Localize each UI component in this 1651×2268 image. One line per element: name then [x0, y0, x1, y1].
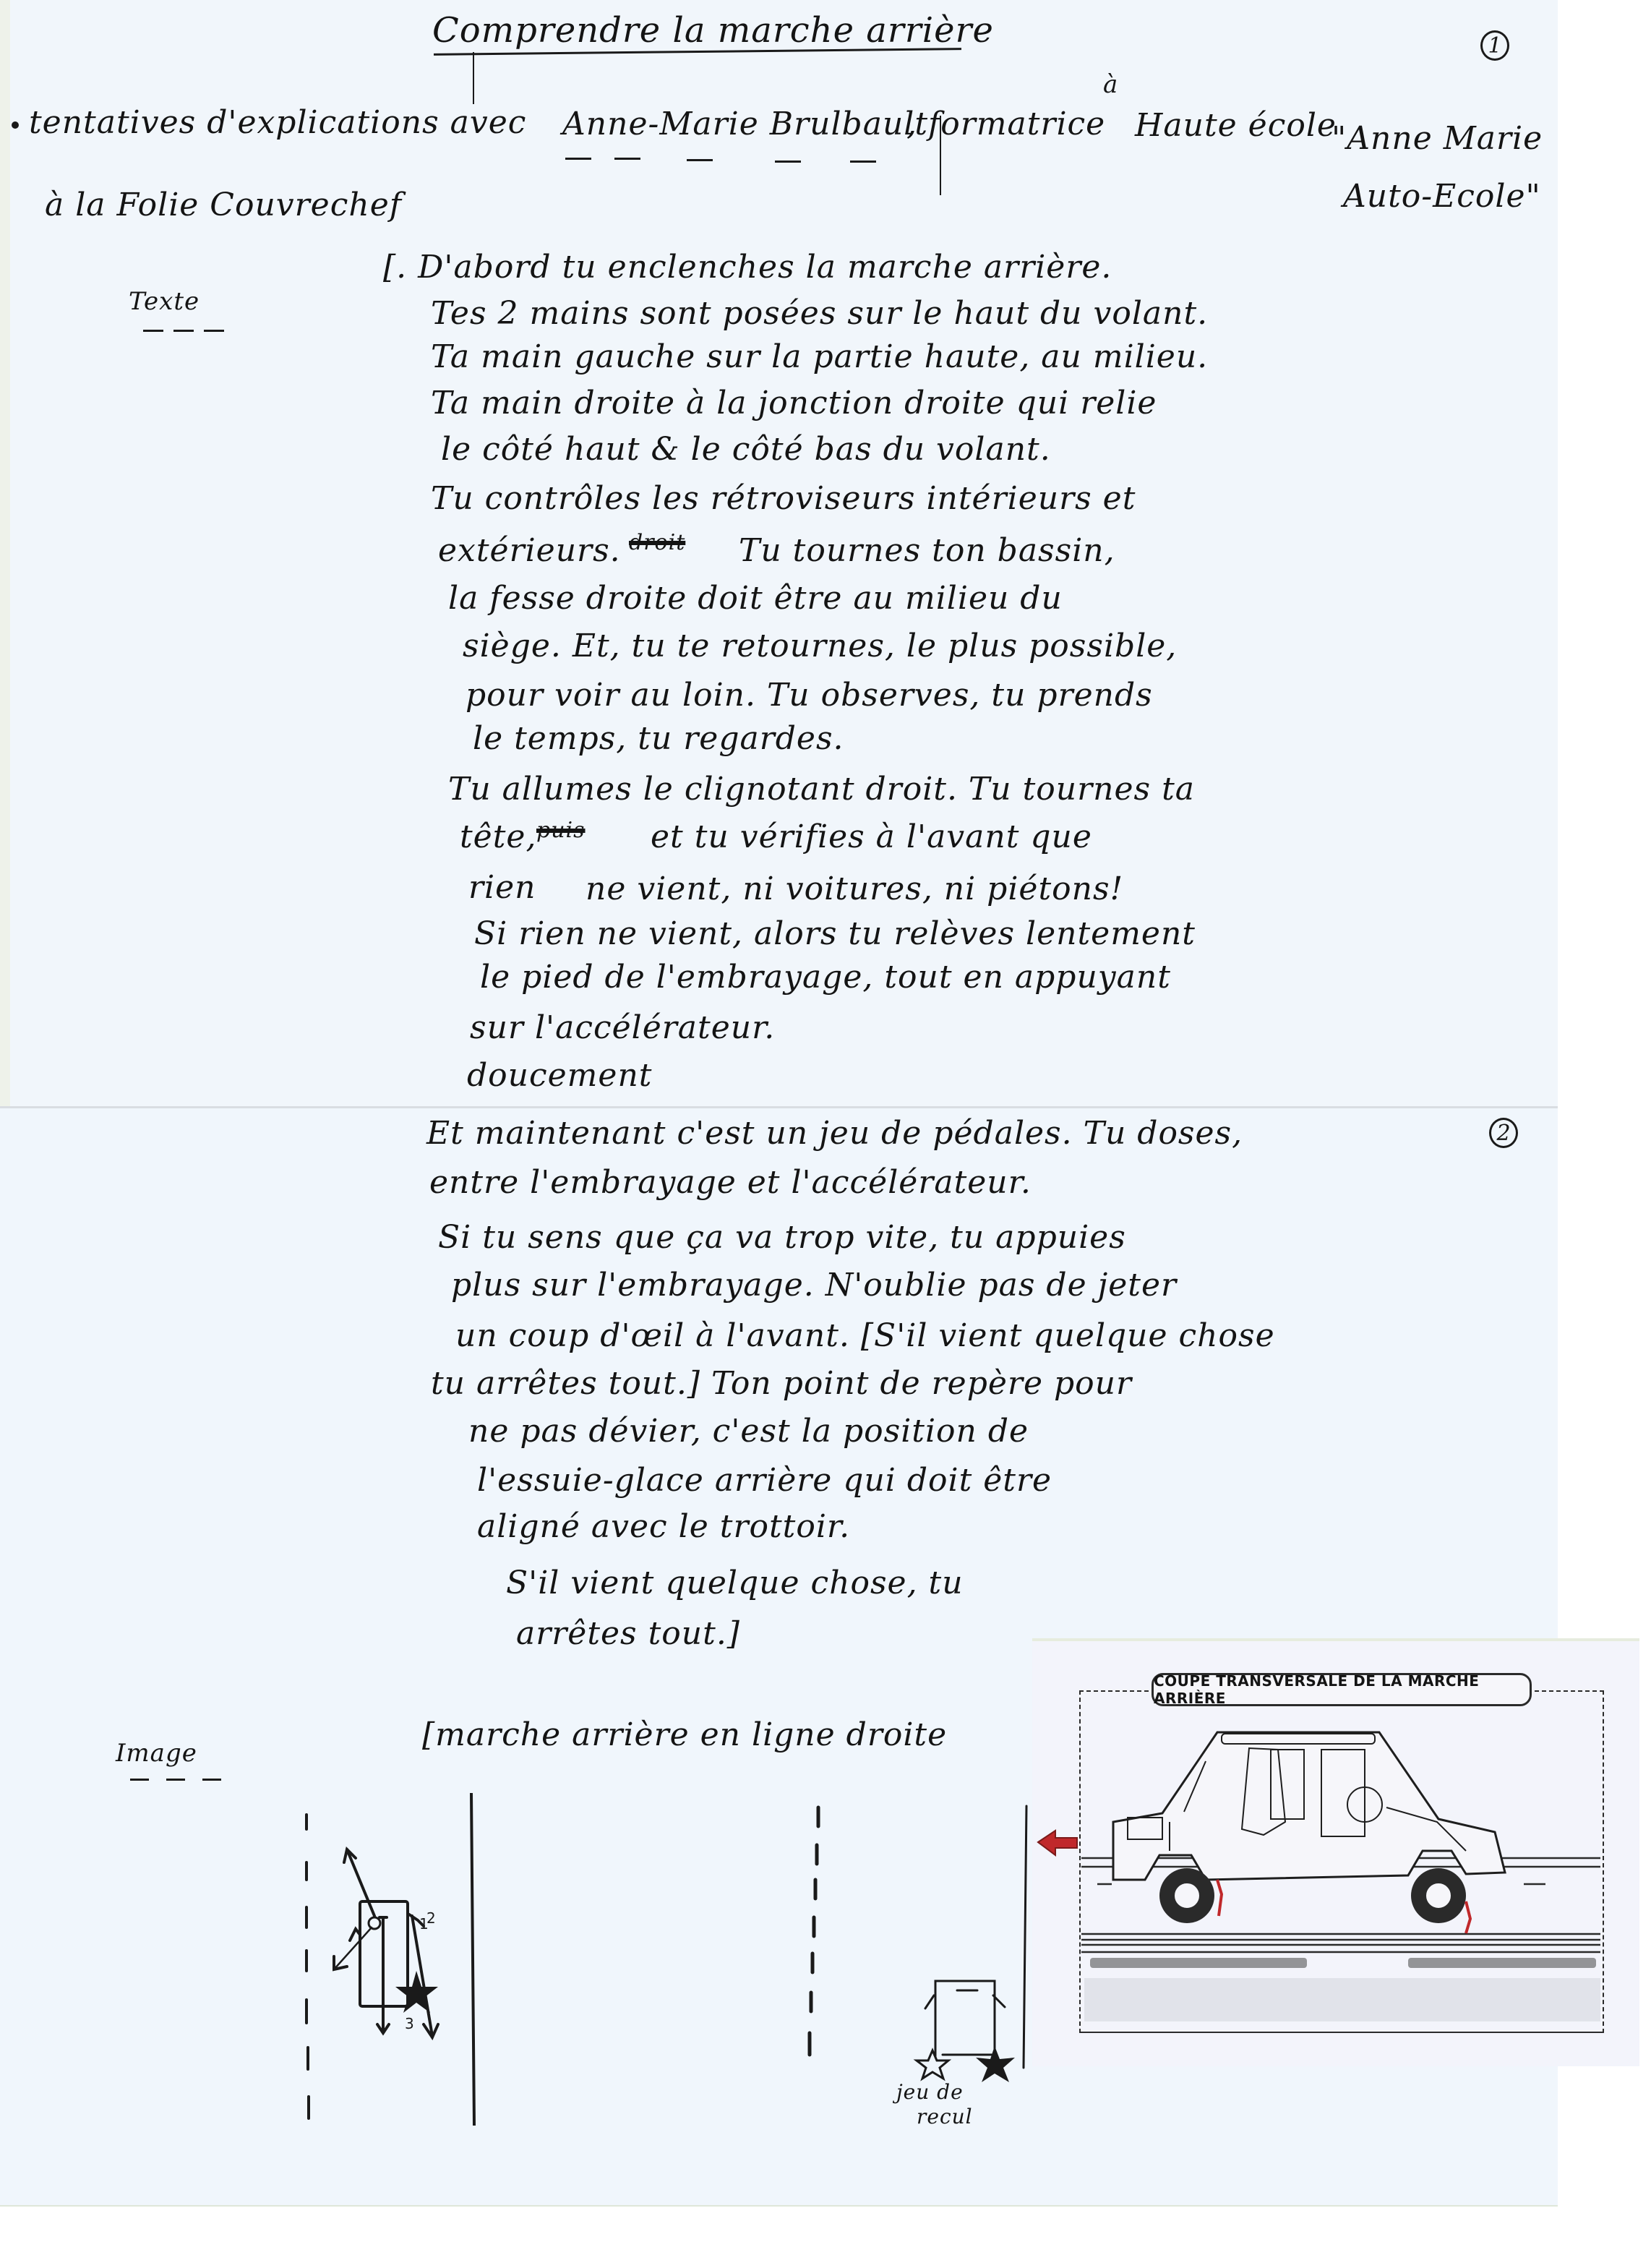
title-connector-line — [473, 52, 474, 104]
text2-line: l'essuie-glace arrière qui doit être — [477, 1465, 1052, 1497]
text1-line: ne vient, ni voitures, ni piétons! — [586, 873, 1123, 905]
page-title: Comprendre la marche arrière — [432, 13, 994, 48]
name-dash — [775, 161, 801, 163]
text1-line: le temps, tu regardes. — [473, 723, 844, 755]
text1-line: Tu tournes ton bassin, — [739, 535, 1115, 567]
text1-line: Si rien ne vient, alors tu relèves lente… — [474, 918, 1196, 950]
text1-line: [. D'abord tu enclenches la marche arriè… — [383, 252, 1112, 283]
label-dash — [202, 1779, 221, 1781]
text2-line: tu arrêtes tout.] Ton point de repère po… — [431, 1368, 1132, 1400]
text1-line: rien — [468, 872, 536, 904]
text1-line: sur l'accélérateur. — [470, 1012, 775, 1044]
reverse-path-diagram: 1 2 3 — [275, 1793, 506, 2126]
school-name-line2: Auto-Ecole" — [1343, 181, 1541, 213]
play-label-line2: recul — [917, 2107, 973, 2127]
name-dash — [614, 158, 640, 160]
bullet-dot — [12, 121, 19, 129]
text2-line: un coup d'œil à l'avant. [S'il vient que… — [455, 1320, 1275, 1352]
text2-line: S'il vient quelque chose, tu — [506, 1567, 964, 1599]
straight-reverse-diagram — [795, 1786, 1041, 2191]
label-dash — [166, 1779, 185, 1781]
insertion-mark: à — [1103, 72, 1118, 97]
name-dash — [850, 161, 876, 163]
image-label: Image — [116, 1741, 197, 1766]
label-dash — [130, 1779, 149, 1781]
text2-line: ne pas dévier, c'est la position de — [468, 1416, 1029, 1447]
label-dash — [173, 330, 194, 332]
name-dash — [565, 158, 591, 160]
text1-line: Ta main gauche sur la partie haute, au m… — [431, 341, 1208, 373]
text1-strikeout: puis — [536, 820, 586, 842]
text1-line: Tu contrôles les rétroviseurs intérieurs… — [431, 483, 1136, 515]
text1-line: extérieurs. — [438, 535, 621, 567]
text1-line: tête, — [460, 821, 536, 853]
school-prefix: Haute école — [1135, 110, 1337, 142]
text2-line: aligné avec le trottoir. — [477, 1511, 850, 1543]
text2-line: Et maintenant c'est un jeu de pédales. T… — [426, 1118, 1243, 1150]
text1-line: siège. Et, tu te retournes, le plus poss… — [463, 630, 1177, 662]
location-text: à la Folie Couvrechef — [45, 189, 402, 221]
page-marker-1: 1 — [1480, 30, 1509, 61]
label-dash — [204, 330, 224, 332]
label-dash — [143, 330, 163, 332]
text1-line: le pied de l'embrayage, tout en appuyant — [480, 962, 1171, 993]
instructor-name: Anne-Marie Brulbault — [562, 108, 928, 140]
text1-line: le côté haut & le côté bas du volant. — [441, 434, 1051, 466]
direction-arrow-icon — [1038, 1831, 1077, 1855]
texte-label: Texte — [129, 289, 200, 314]
car-drawing — [1032, 1641, 1639, 2066]
text1-strikeout: droit — [629, 532, 685, 554]
text1-line: la fesse droite doit être au milieu du — [448, 583, 1063, 615]
text1-line: et tu vérifies à l'avant que — [651, 821, 1092, 853]
text1-line: pour voir au loin. Tu observes, tu prend… — [466, 680, 1153, 711]
name-dash — [687, 159, 713, 161]
page-marker-2: 2 — [1489, 1118, 1518, 1148]
instructor-role: , formatrice — [906, 108, 1105, 140]
insertion-line — [940, 116, 941, 195]
text1-line: Tes 2 mains sont posées sur le haut du v… — [431, 298, 1208, 330]
play-label-line1: jeu de — [896, 2082, 964, 2102]
intro-text: tentatives d'explications avec — [29, 107, 526, 139]
diagram-label-3: 3 — [405, 2015, 414, 2032]
text1-line: doucement — [467, 1060, 652, 1092]
text2-line: Si tu sens que ça va trop vite, tu appui… — [438, 1222, 1126, 1254]
text2-line: entre l'embrayage et l'accélérateur. — [429, 1167, 1032, 1199]
car-cross-section-illustration: COUPE TRANSVERSALE DE LA MARCHE ARRIÈRE — [1032, 1638, 1639, 2066]
text1-line: Tu allumes le clignotant droit. Tu tourn… — [448, 774, 1195, 805]
text2-line: plus sur l'embrayage. N'oublie pas de je… — [451, 1270, 1177, 1301]
school-name-line1: "Anne Marie — [1331, 123, 1543, 155]
diagram-label-2: 2 — [426, 1909, 436, 1927]
text1-line: Ta main droite à la jonction droite qui … — [431, 388, 1157, 419]
text2-line: arrêtes tout.] — [516, 1618, 740, 1650]
diagram-caption: [marche arrière en ligne droite — [422, 1719, 947, 1751]
